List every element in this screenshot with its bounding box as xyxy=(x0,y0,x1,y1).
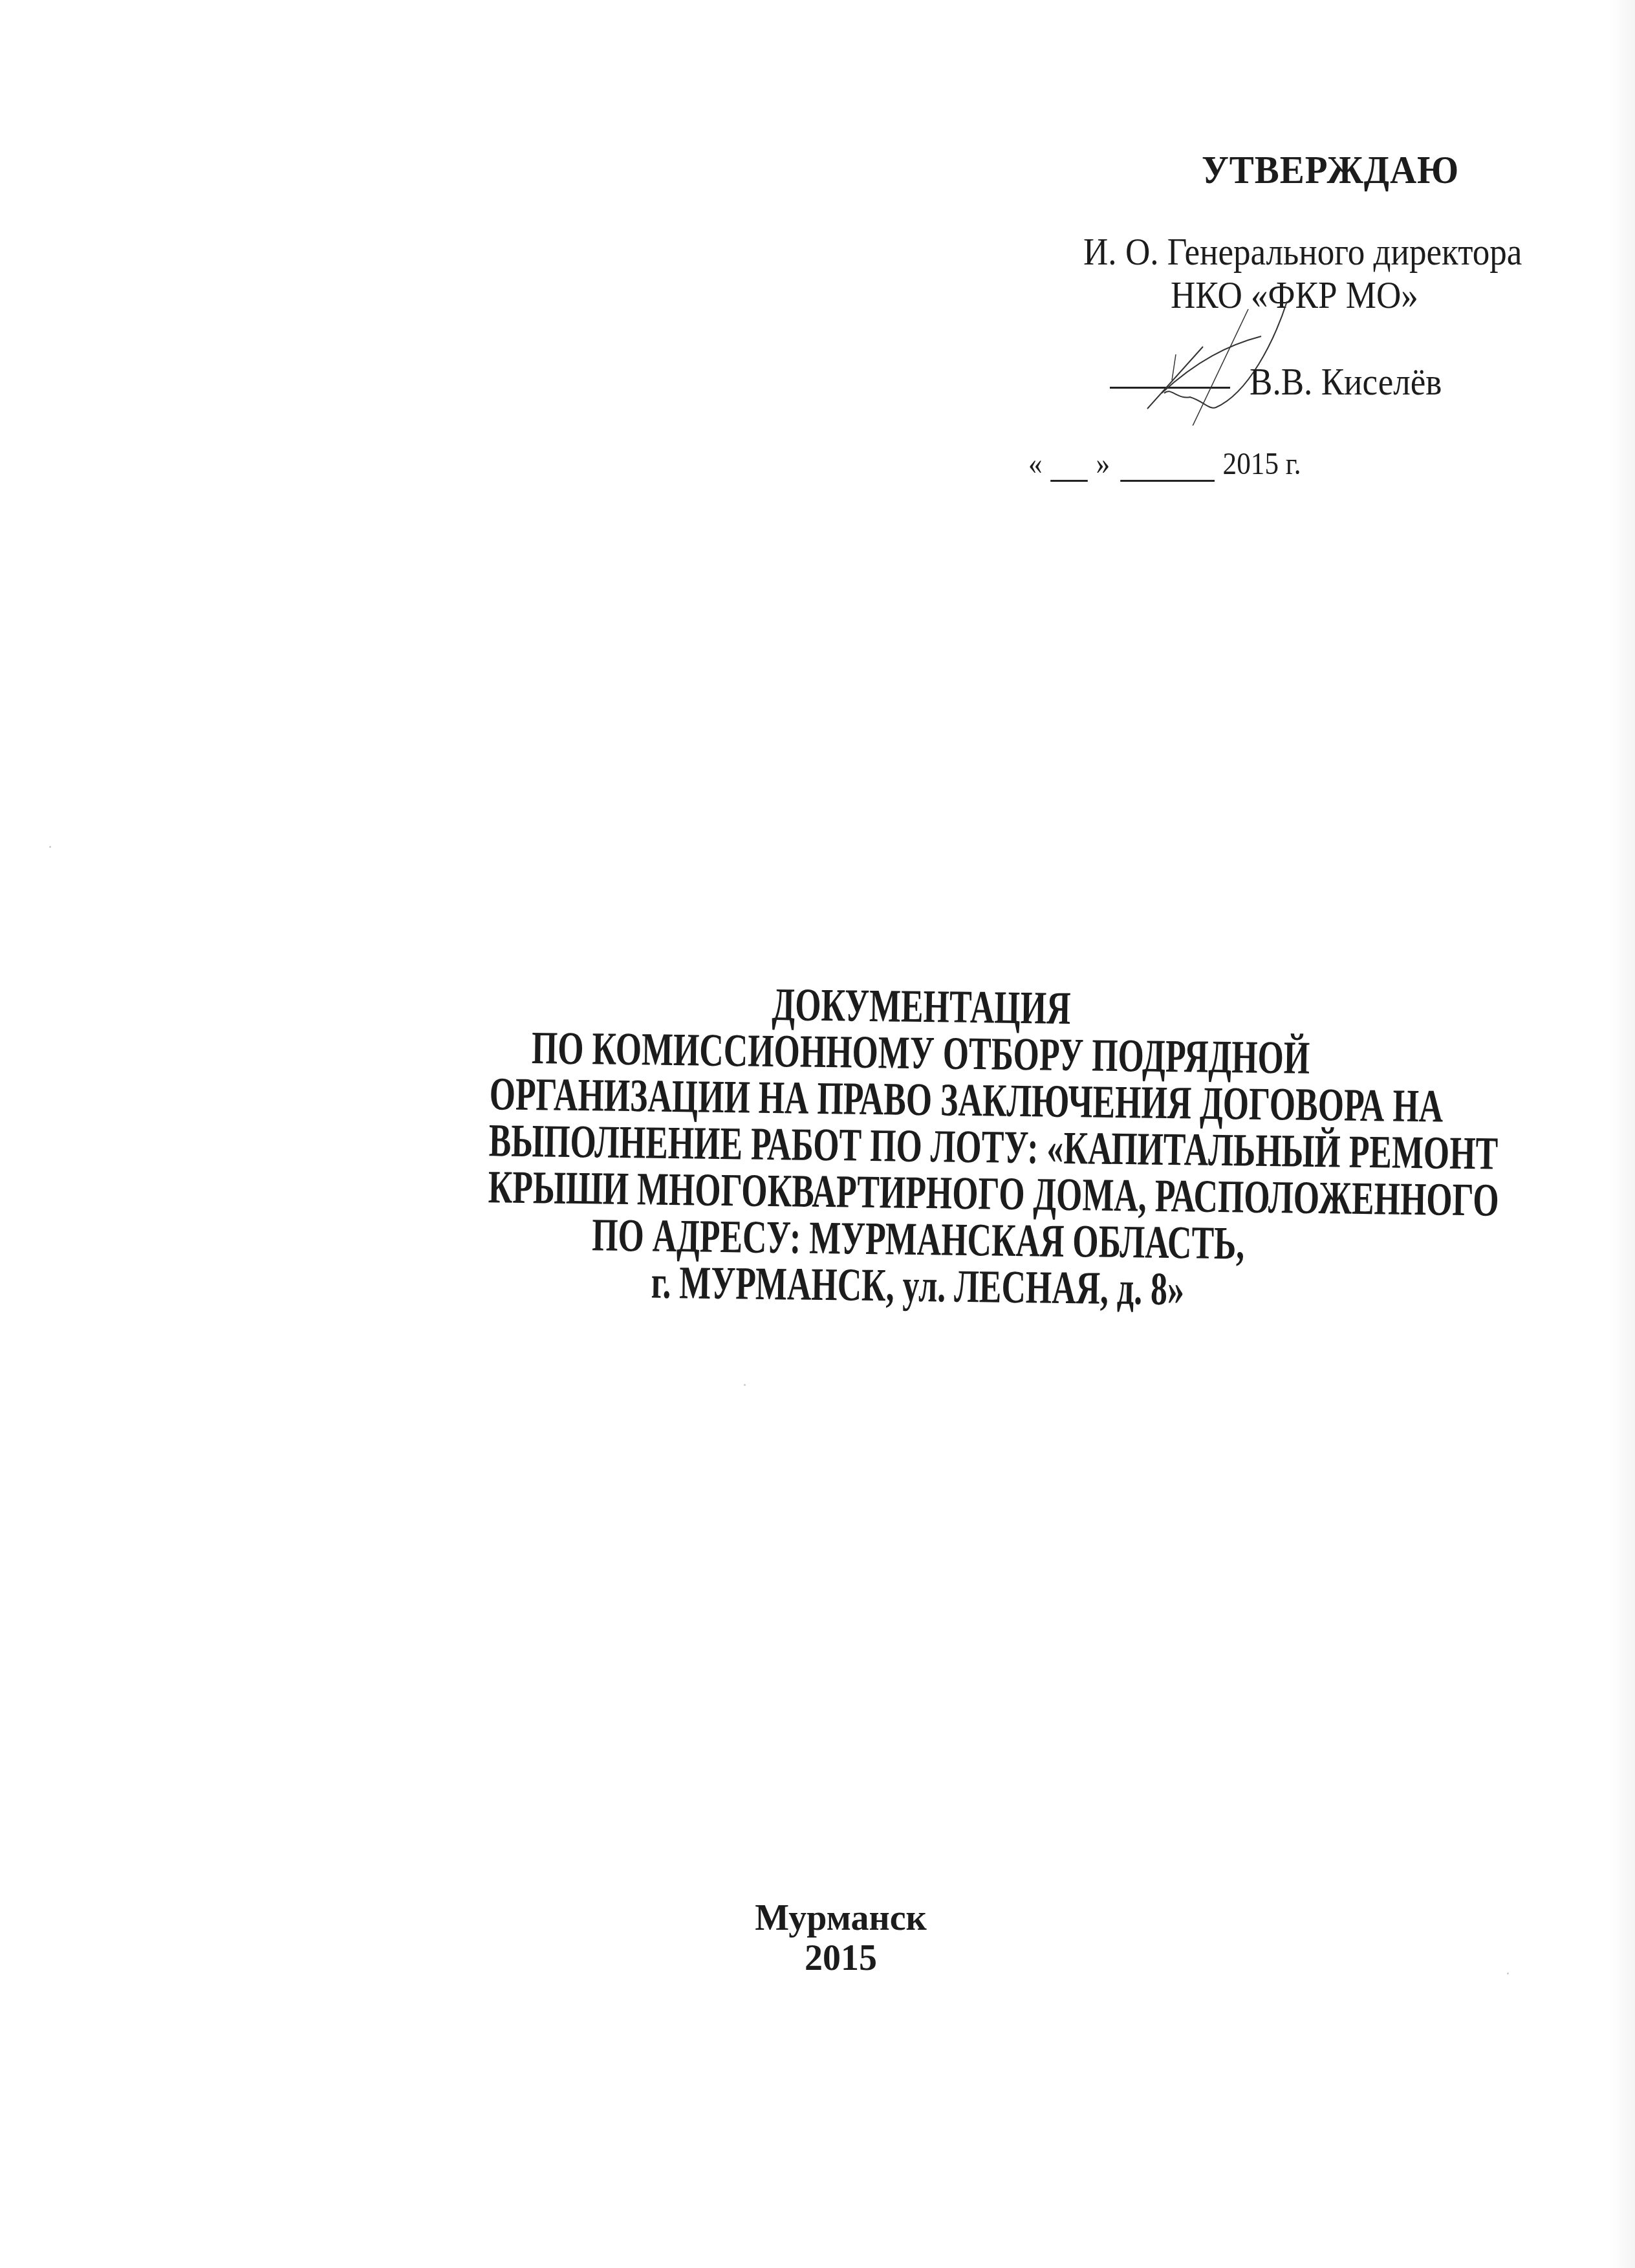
date-year: 2015 г. xyxy=(1223,446,1301,482)
scan-speck xyxy=(49,846,51,848)
date-open-quote: « xyxy=(1028,446,1043,482)
approval-date: « » 2015 г. xyxy=(1028,446,1301,482)
date-month-blank xyxy=(1120,451,1215,482)
footer-city: Мурманск xyxy=(647,1898,1035,1938)
page-edge xyxy=(1610,0,1635,2268)
footer-year: 2015 xyxy=(647,1938,1035,1978)
approval-heading: УТВЕРЖДАЮ xyxy=(1202,147,1459,193)
scan-speck xyxy=(744,1384,746,1386)
signer-name: В.В. Киселёв xyxy=(1250,360,1442,404)
handwritten-signature-icon xyxy=(1099,283,1306,426)
document-footer: Мурманск 2015 xyxy=(647,1898,1035,1978)
approver-position: И. О. Генерального директора xyxy=(1083,232,1522,272)
document-title: ДОКУМЕНТАЦИЯ ПО КОМИССИОННОМУ ОТБОРУ ПОД… xyxy=(319,975,1519,1317)
scan-speck xyxy=(1507,1972,1509,1974)
date-close-quote: » xyxy=(1096,446,1110,482)
date-day-blank xyxy=(1050,451,1088,482)
